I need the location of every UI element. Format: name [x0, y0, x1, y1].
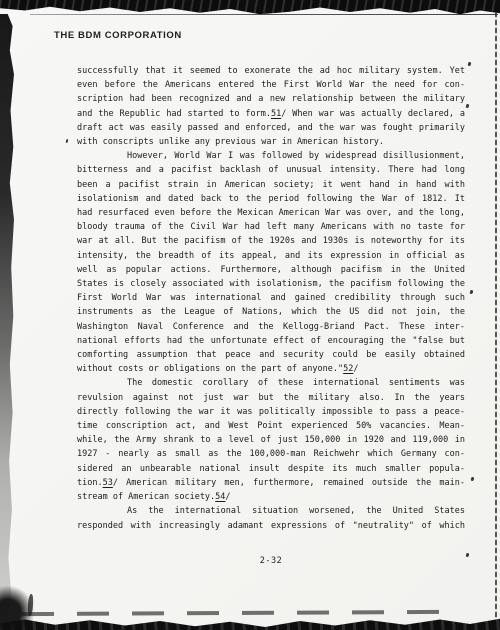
scan-speck [466, 104, 470, 109]
text-line: 1927 - nearly as small as the 100,000-ma… [77, 447, 465, 461]
paragraph: However, World War I was followed by wid… [77, 149, 465, 376]
text-line: while, the Army shrank to a level of jus… [77, 433, 465, 447]
scanned-page: THE BDM CORPORATION successfully that it… [0, 0, 500, 630]
paragraph: As the international situation worsened,… [77, 504, 465, 532]
text-line: responded with increasingly adamant expr… [77, 519, 465, 533]
text-line: scription had been recognized and a new … [77, 92, 465, 106]
text-line: States is closely associated with isolat… [77, 277, 465, 291]
text-line: stream of American society.54/ [77, 490, 465, 504]
document-text: successfully that it seemed to exonerate… [77, 64, 465, 533]
text-line: sidered an unbearable national insult de… [77, 462, 465, 476]
text-line: national efforts had the unfortunate eff… [77, 334, 465, 348]
text-line: even before the Americans entered the Fi… [77, 78, 465, 92]
scan-speck [468, 62, 472, 67]
top-rule-line [30, 14, 498, 15]
bottom-scan-edge [0, 615, 500, 630]
paragraph: successfully that it seemed to exonerate… [77, 64, 465, 149]
text-line: time conscription act, and West Point ex… [77, 419, 465, 433]
text-line: been a pacifist strain in American socie… [77, 178, 465, 192]
text-line: comforting assumption that peace and sec… [77, 348, 465, 362]
text-line: directly following the war it was politi… [77, 405, 465, 419]
text-line: draft act was easily passed and enforced… [77, 121, 465, 135]
scan-speck [471, 477, 475, 482]
paragraph: The domestic corollary of these internat… [77, 376, 465, 504]
text-line: and the Republic had started to form.51/… [77, 107, 465, 121]
footnote-ref: 53 [103, 478, 113, 488]
footnote-ref: 51 [271, 109, 281, 119]
scan-speck [66, 139, 69, 143]
scan-speck [470, 290, 474, 295]
footnote-ref: 54 [215, 492, 225, 502]
text-line: tion.53/ American military men, furtherm… [77, 476, 465, 490]
text-line: However, World War I was followed by wid… [77, 149, 465, 163]
text-line: had resurfaced even before the Mexican A… [77, 206, 465, 220]
text-line: intensity, the breadth of its appeal, an… [77, 249, 465, 263]
right-scan-edge [495, 12, 497, 618]
text-line: The domestic corollary of these internat… [77, 376, 465, 390]
text-line: isolationism and dated back to the perio… [77, 192, 465, 206]
text-line: successfully that it seemed to exonerate… [77, 64, 465, 78]
scan-speck [466, 553, 470, 558]
text-line: war at all. But the pacifism of the 1920… [77, 234, 465, 248]
text-line: revulsion against not just war but the m… [77, 391, 465, 405]
company-header: THE BDM CORPORATION [54, 30, 182, 41]
text-line: bloody trauma of the Civil War had left … [77, 220, 465, 234]
text-line: with conscripts unlike any previous war … [77, 135, 465, 149]
top-scan-edge [0, 0, 500, 15]
text-line: instruments as the League of Nations, wh… [77, 305, 465, 319]
text-line: First World War was international and ga… [77, 291, 465, 305]
text-line: Washington Naval Conference and the Kell… [77, 320, 465, 334]
bottom-scan-streaks [22, 610, 442, 616]
left-scan-edge [0, 14, 14, 618]
text-line: As the international situation worsened,… [77, 504, 465, 518]
text-line: without costs or obligations on the part… [77, 362, 465, 376]
text-line: bitterness and a pacifist backlash of un… [77, 163, 465, 177]
footnote-ref: 52 [343, 364, 353, 374]
text-line: well as popular actions. Furthermore, al… [77, 263, 465, 277]
page-number: 2-32 [77, 556, 465, 566]
